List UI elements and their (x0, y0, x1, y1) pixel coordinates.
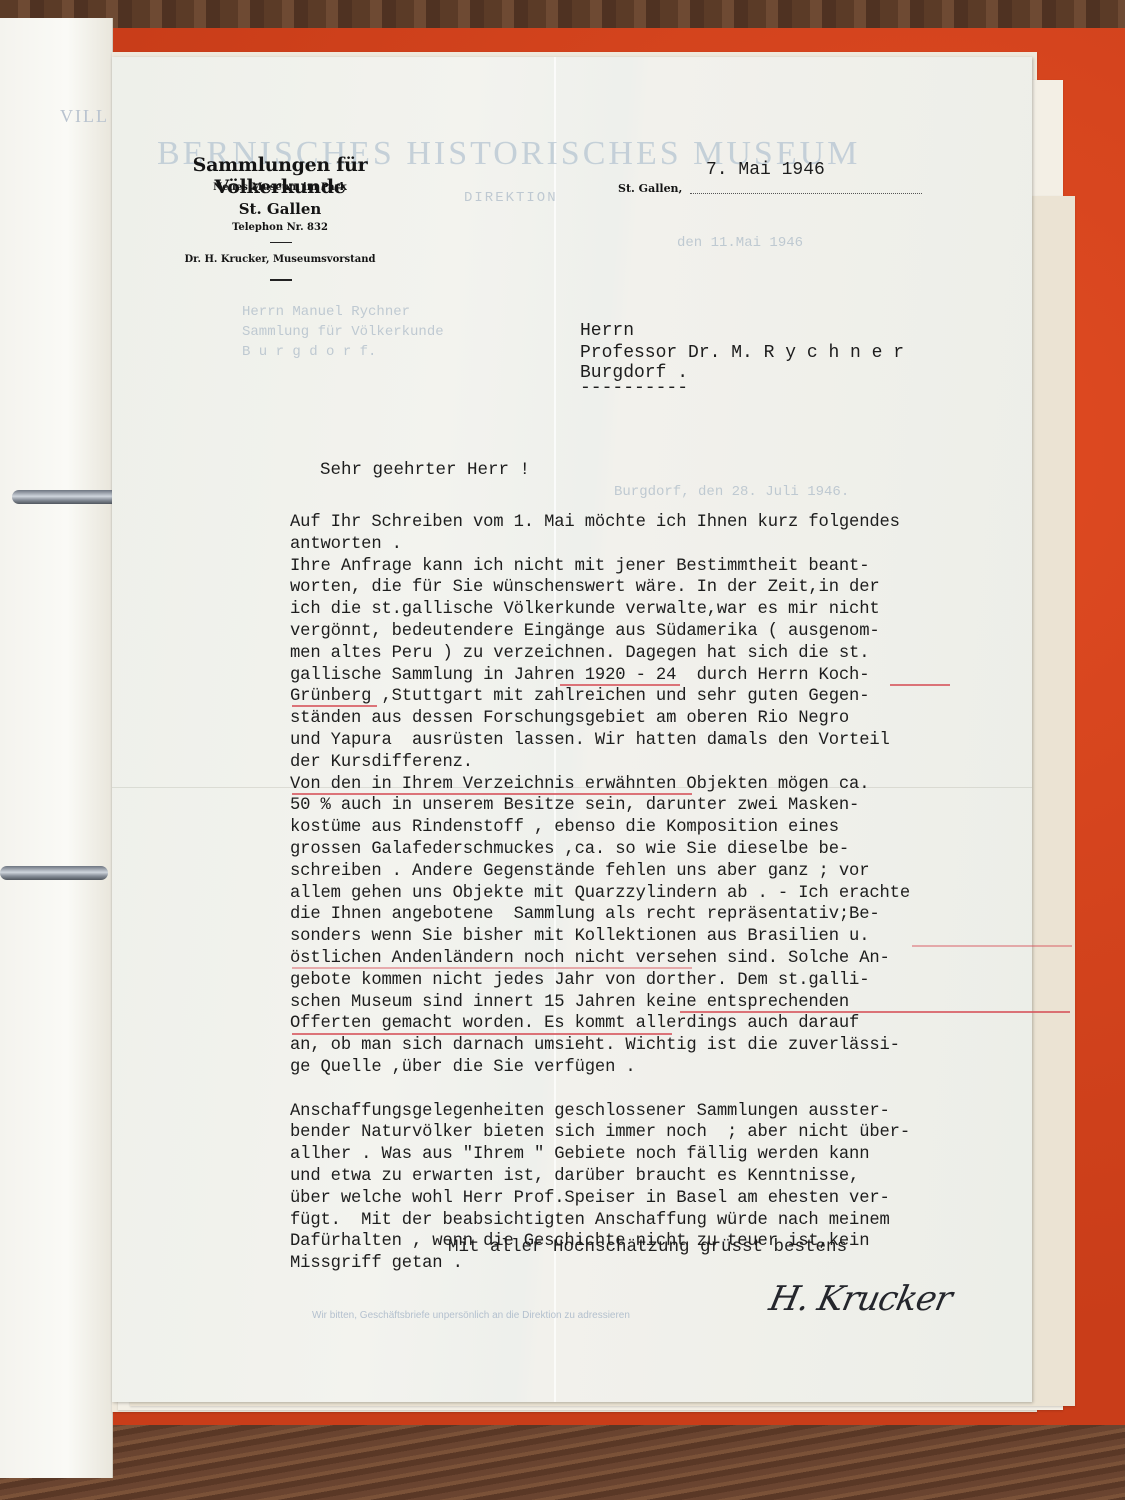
body-line: ständen aus dessen Forschungsgebiet am o… (290, 708, 910, 730)
body-line: vergönnt, bedeutendere Eingänge aus Süda… (290, 621, 910, 643)
letterhead-director: Dr. H. Krucker, Museumsvorstand (130, 254, 430, 265)
left-binder-page: VILL (0, 18, 113, 1478)
annotation-underline-years (560, 684, 680, 686)
body-line: worten, die für Sie wünschenswert wäre. … (290, 577, 910, 599)
letter-body: Auf Ihr Schreiben vom 1. Mai möchte ich … (290, 512, 910, 1275)
body-line: Grünberg ,Stuttgart mit zahlreichen und … (290, 686, 910, 708)
letter-page: BERNISCHES HISTORISCHES MUSEUM DIREKTION… (112, 57, 1032, 1402)
closing-line: Mit aller Hochschätzung grüsst bestens (448, 1237, 847, 1257)
letterhead-ornament (270, 279, 292, 281)
body-line: ge Quelle ,über die Sie verfügen . (290, 1057, 910, 1079)
recipient-underline: ---------- (580, 377, 688, 399)
left-page-ghost-text: VILL (60, 106, 109, 127)
binder-ring-lower (0, 866, 108, 880)
letterhead-city: St. Gallen (130, 200, 430, 218)
body-line: sonders wenn Sie bisher mit Kollektionen… (290, 926, 910, 948)
annotation-underline-fifty-percent (292, 793, 692, 795)
date-dotted-line (690, 193, 922, 194)
annotation-underline-koch (890, 684, 950, 686)
body-line: Offerten gemacht worden. Es kommt allerd… (290, 1013, 910, 1035)
body-line: grossen Galafederschmuckes ,ca. so wie S… (290, 839, 910, 861)
annotation-underline-reliable-source (680, 1011, 1070, 1013)
place-label: St. Gallen, (618, 182, 682, 195)
body-line: Auf Ihr Schreiben vom 1. Mai möchte ich … (290, 512, 910, 534)
salutation: Sehr geehrter Herr ! (320, 460, 530, 480)
bleed-through-reply-date: Burgdorf, den 28. Juli 1946. (614, 484, 849, 500)
body-line: die Ihnen angebotene Sammlung als recht … (290, 904, 910, 926)
body-line: ich die st.gallische Völkerkunde verwalt… (290, 599, 910, 621)
body-line: Anschaffungsgelegenheiten geschlossener … (290, 1101, 910, 1123)
bleed-through-department: DIREKTION (464, 190, 558, 206)
annotation-underline-offerings (912, 945, 1072, 947)
body-line: der Kursdifferenz. (290, 752, 910, 774)
body-line: und Yapura ausrüsten lassen. Wir hatten … (290, 730, 910, 752)
body-line: und etwa zu erwarten ist, darüber brauch… (290, 1166, 910, 1188)
bleed-through-address-3: B u r g d o r f. (242, 344, 376, 360)
body-line: antworten . (290, 534, 910, 556)
bleed-through-date: den 11.Mai 1946 (677, 235, 803, 251)
wooden-table-bottom (0, 1425, 1125, 1500)
body-line: allem gehen uns Objekte mit Quarzzylinde… (290, 883, 910, 905)
body-line: bender Naturvölker bieten sich immer noc… (290, 1122, 910, 1144)
body-line: allher . Was aus "Ihrem " Gebiete noch f… (290, 1144, 910, 1166)
body-line: Ihre Anfrage kann ich nicht mit jener Be… (290, 556, 910, 578)
recipient-line-1: Herrn (580, 320, 634, 342)
letterhead-subtitle: Neues Museum im Park (130, 182, 430, 193)
bleed-through-footer: Wir bitten, Geschäftsbriefe unpersönlich… (312, 1310, 630, 1321)
body-line: schreiben . Andere Gegenstände fehlen un… (290, 861, 910, 883)
body-line: gebote kommen nicht jedes Jahr von dorth… (290, 970, 910, 992)
body-line: fügt. Mit der beabsichtigten Anschaffung… (290, 1210, 910, 1232)
binder-ring-upper (12, 490, 120, 504)
letterhead-telephone: Telephon Nr. 832 (130, 222, 430, 233)
bleed-through-address-2: Sammlung für Völkerkunde (242, 324, 444, 340)
letter-date: 7. Mai 1946 (706, 160, 825, 180)
body-line: über welche wohl Herr Prof.Speiser in Ba… (290, 1188, 910, 1210)
body-line: men altes Peru ) zu verzeichnen. Dagegen… (290, 643, 910, 665)
annotation-underline-gruenberg (292, 705, 377, 707)
recipient-line-2: Professor Dr. M. R y c h n e r (580, 342, 904, 364)
wooden-table-top (0, 0, 1125, 30)
body-line: 50 % auch in unserem Besitze sein, darun… (290, 795, 910, 817)
annotation-underline-offers (292, 967, 692, 969)
signature: H. Krucker (766, 1279, 955, 1319)
annotation-underline-source (292, 1033, 672, 1035)
body-line (290, 1079, 910, 1101)
body-line: an, ob man sich darnach umsieht. Wichtig… (290, 1035, 910, 1057)
letterhead-rule (270, 242, 292, 243)
bleed-through-address-1: Herrn Manuel Rychner (242, 304, 410, 320)
body-line: kostüme aus Rindenstoff , ebenso die Kom… (290, 817, 910, 839)
